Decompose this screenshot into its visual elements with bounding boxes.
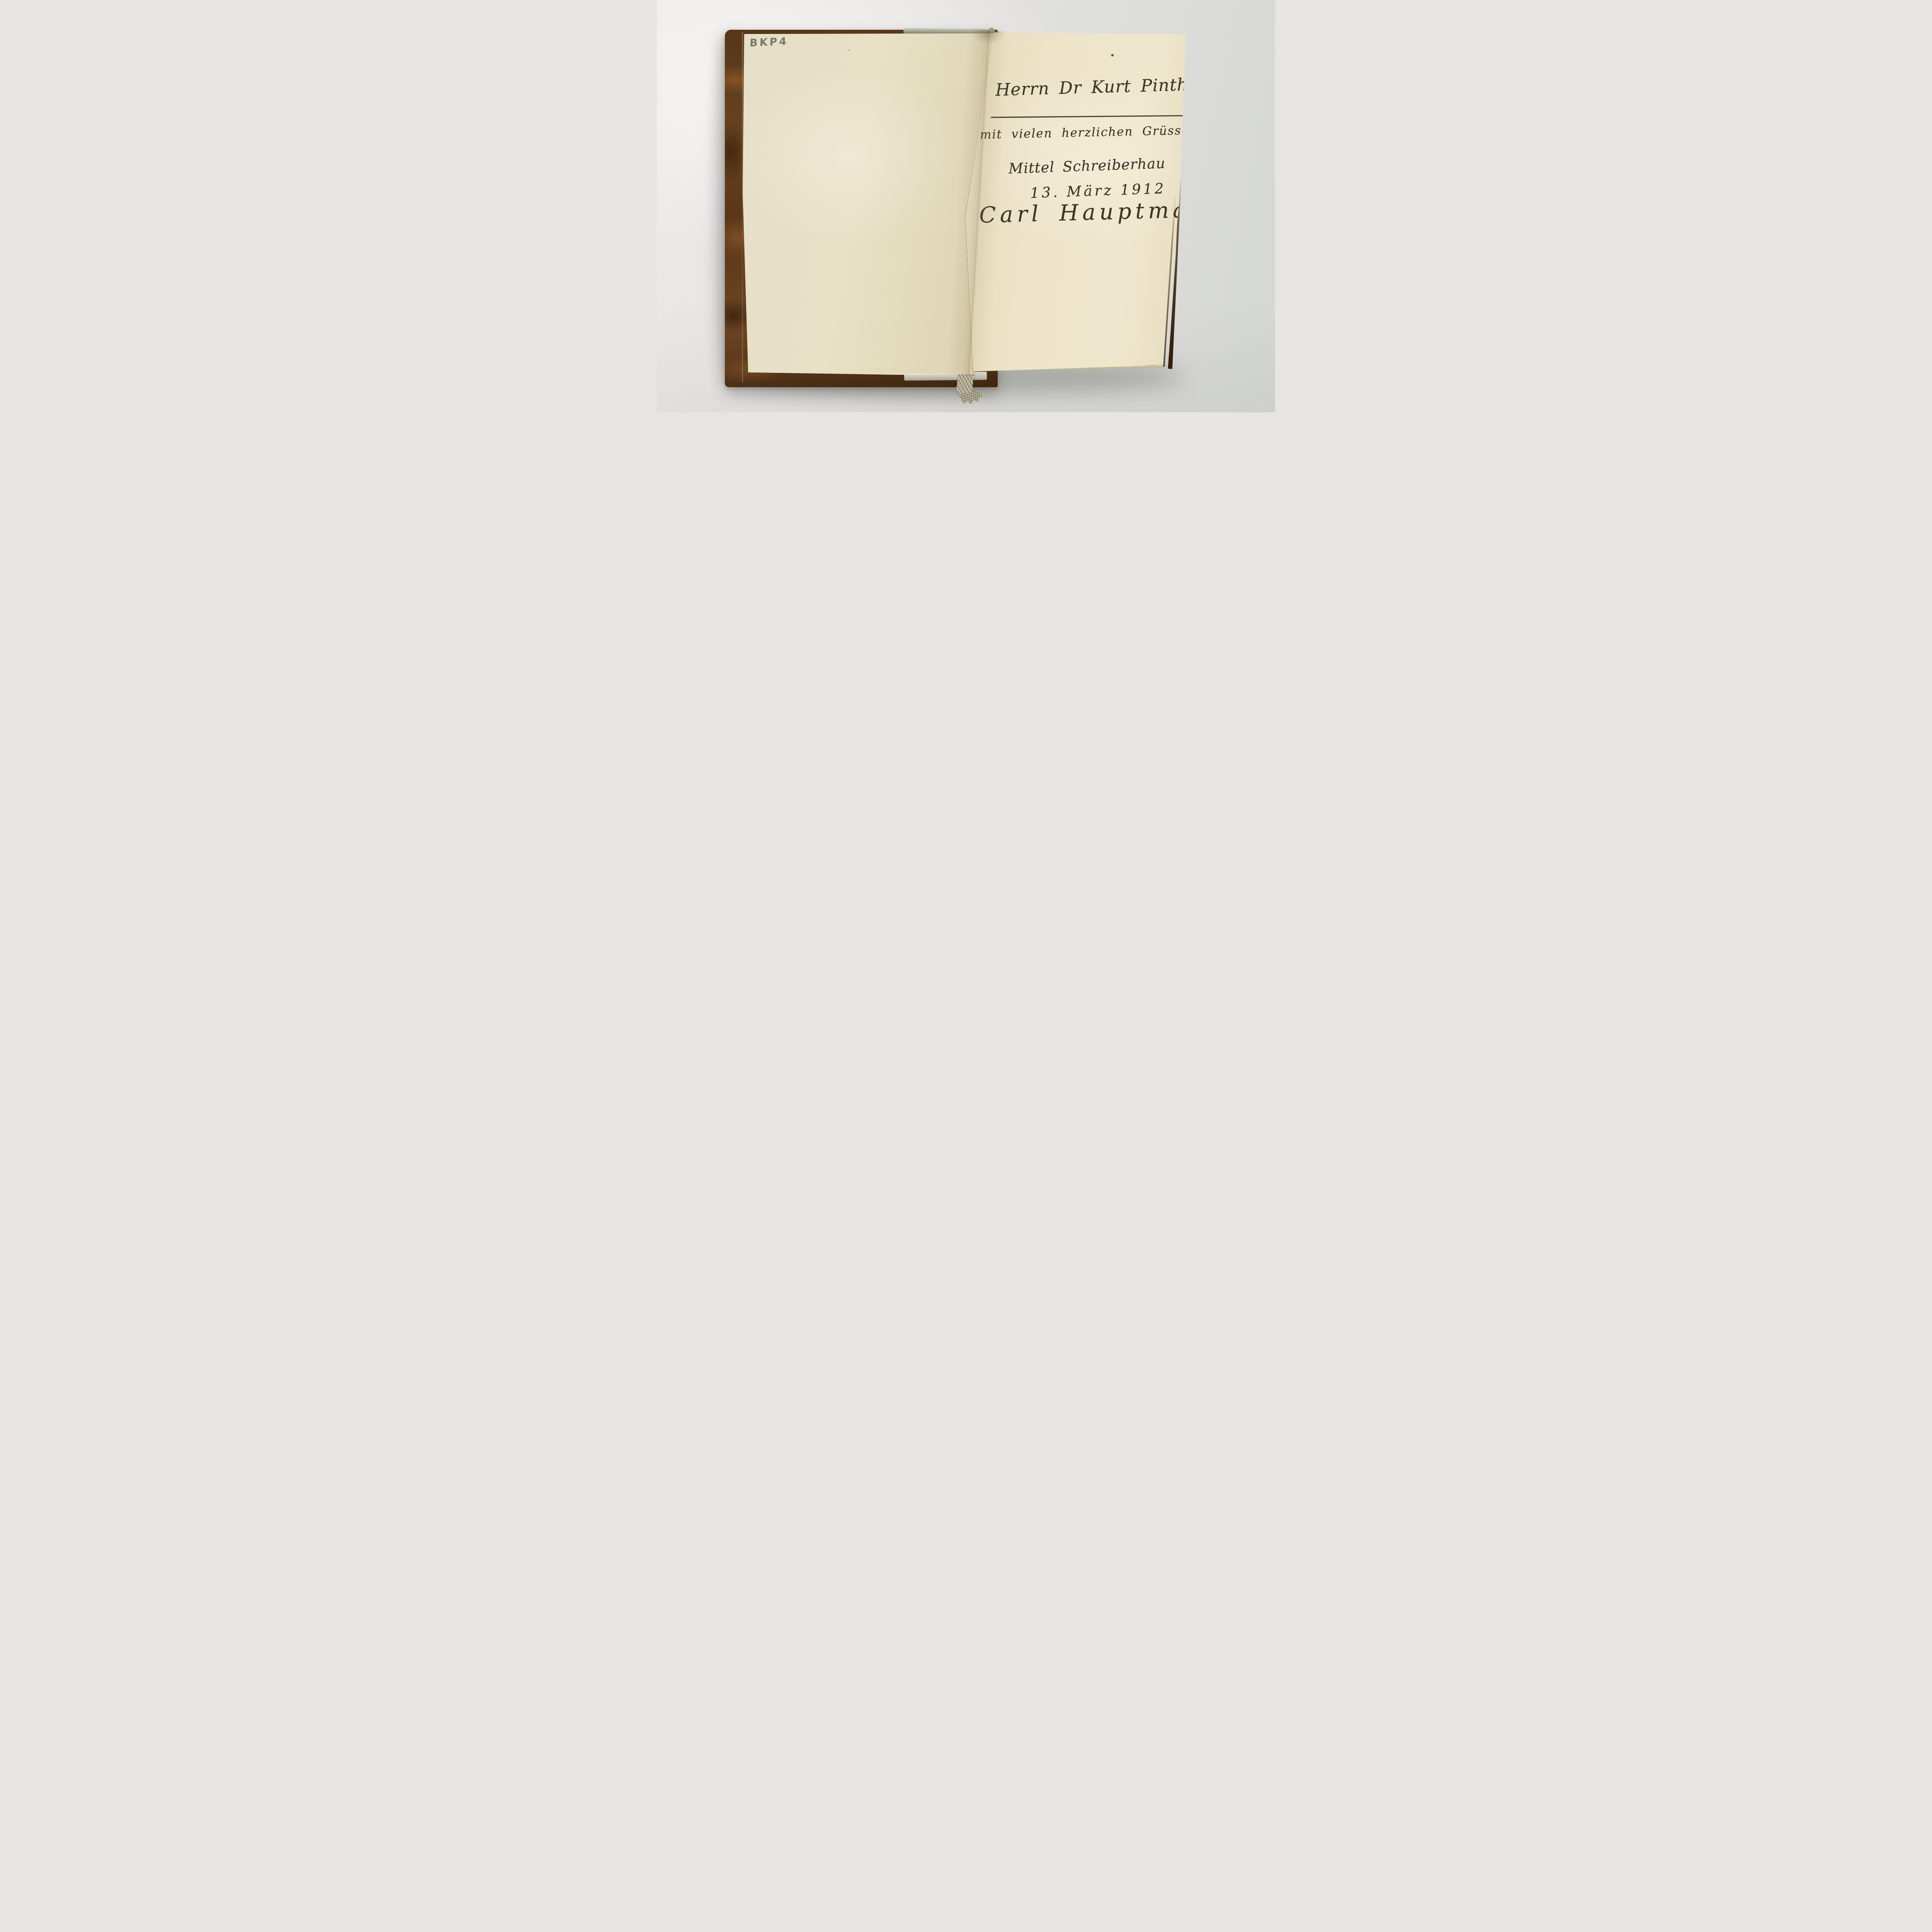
inscription-place-line: Mittel Schreiberhau [1008,155,1166,177]
inscription-greeting-line: mit vielen herzlichen Grüssen [980,123,1198,142]
inscription-recipient-line: Herrn Dr Kurt Pinthus [995,74,1209,100]
pencil-shelfmark: BKP4 [750,36,789,49]
inscription-signature-line: Carl Hauptmann [979,196,1226,228]
left-page: BKP4 [743,32,994,375]
book-photograph: Herrn Dr Kurt Pinthus mit vielen herzlic… [657,0,1275,412]
right-page: Herrn Dr Kurt Pinthus mit vielen herzlic… [962,32,1188,373]
paper-speck [848,49,849,51]
ink-speck [1111,54,1114,56]
inscription-underline [991,115,1190,118]
